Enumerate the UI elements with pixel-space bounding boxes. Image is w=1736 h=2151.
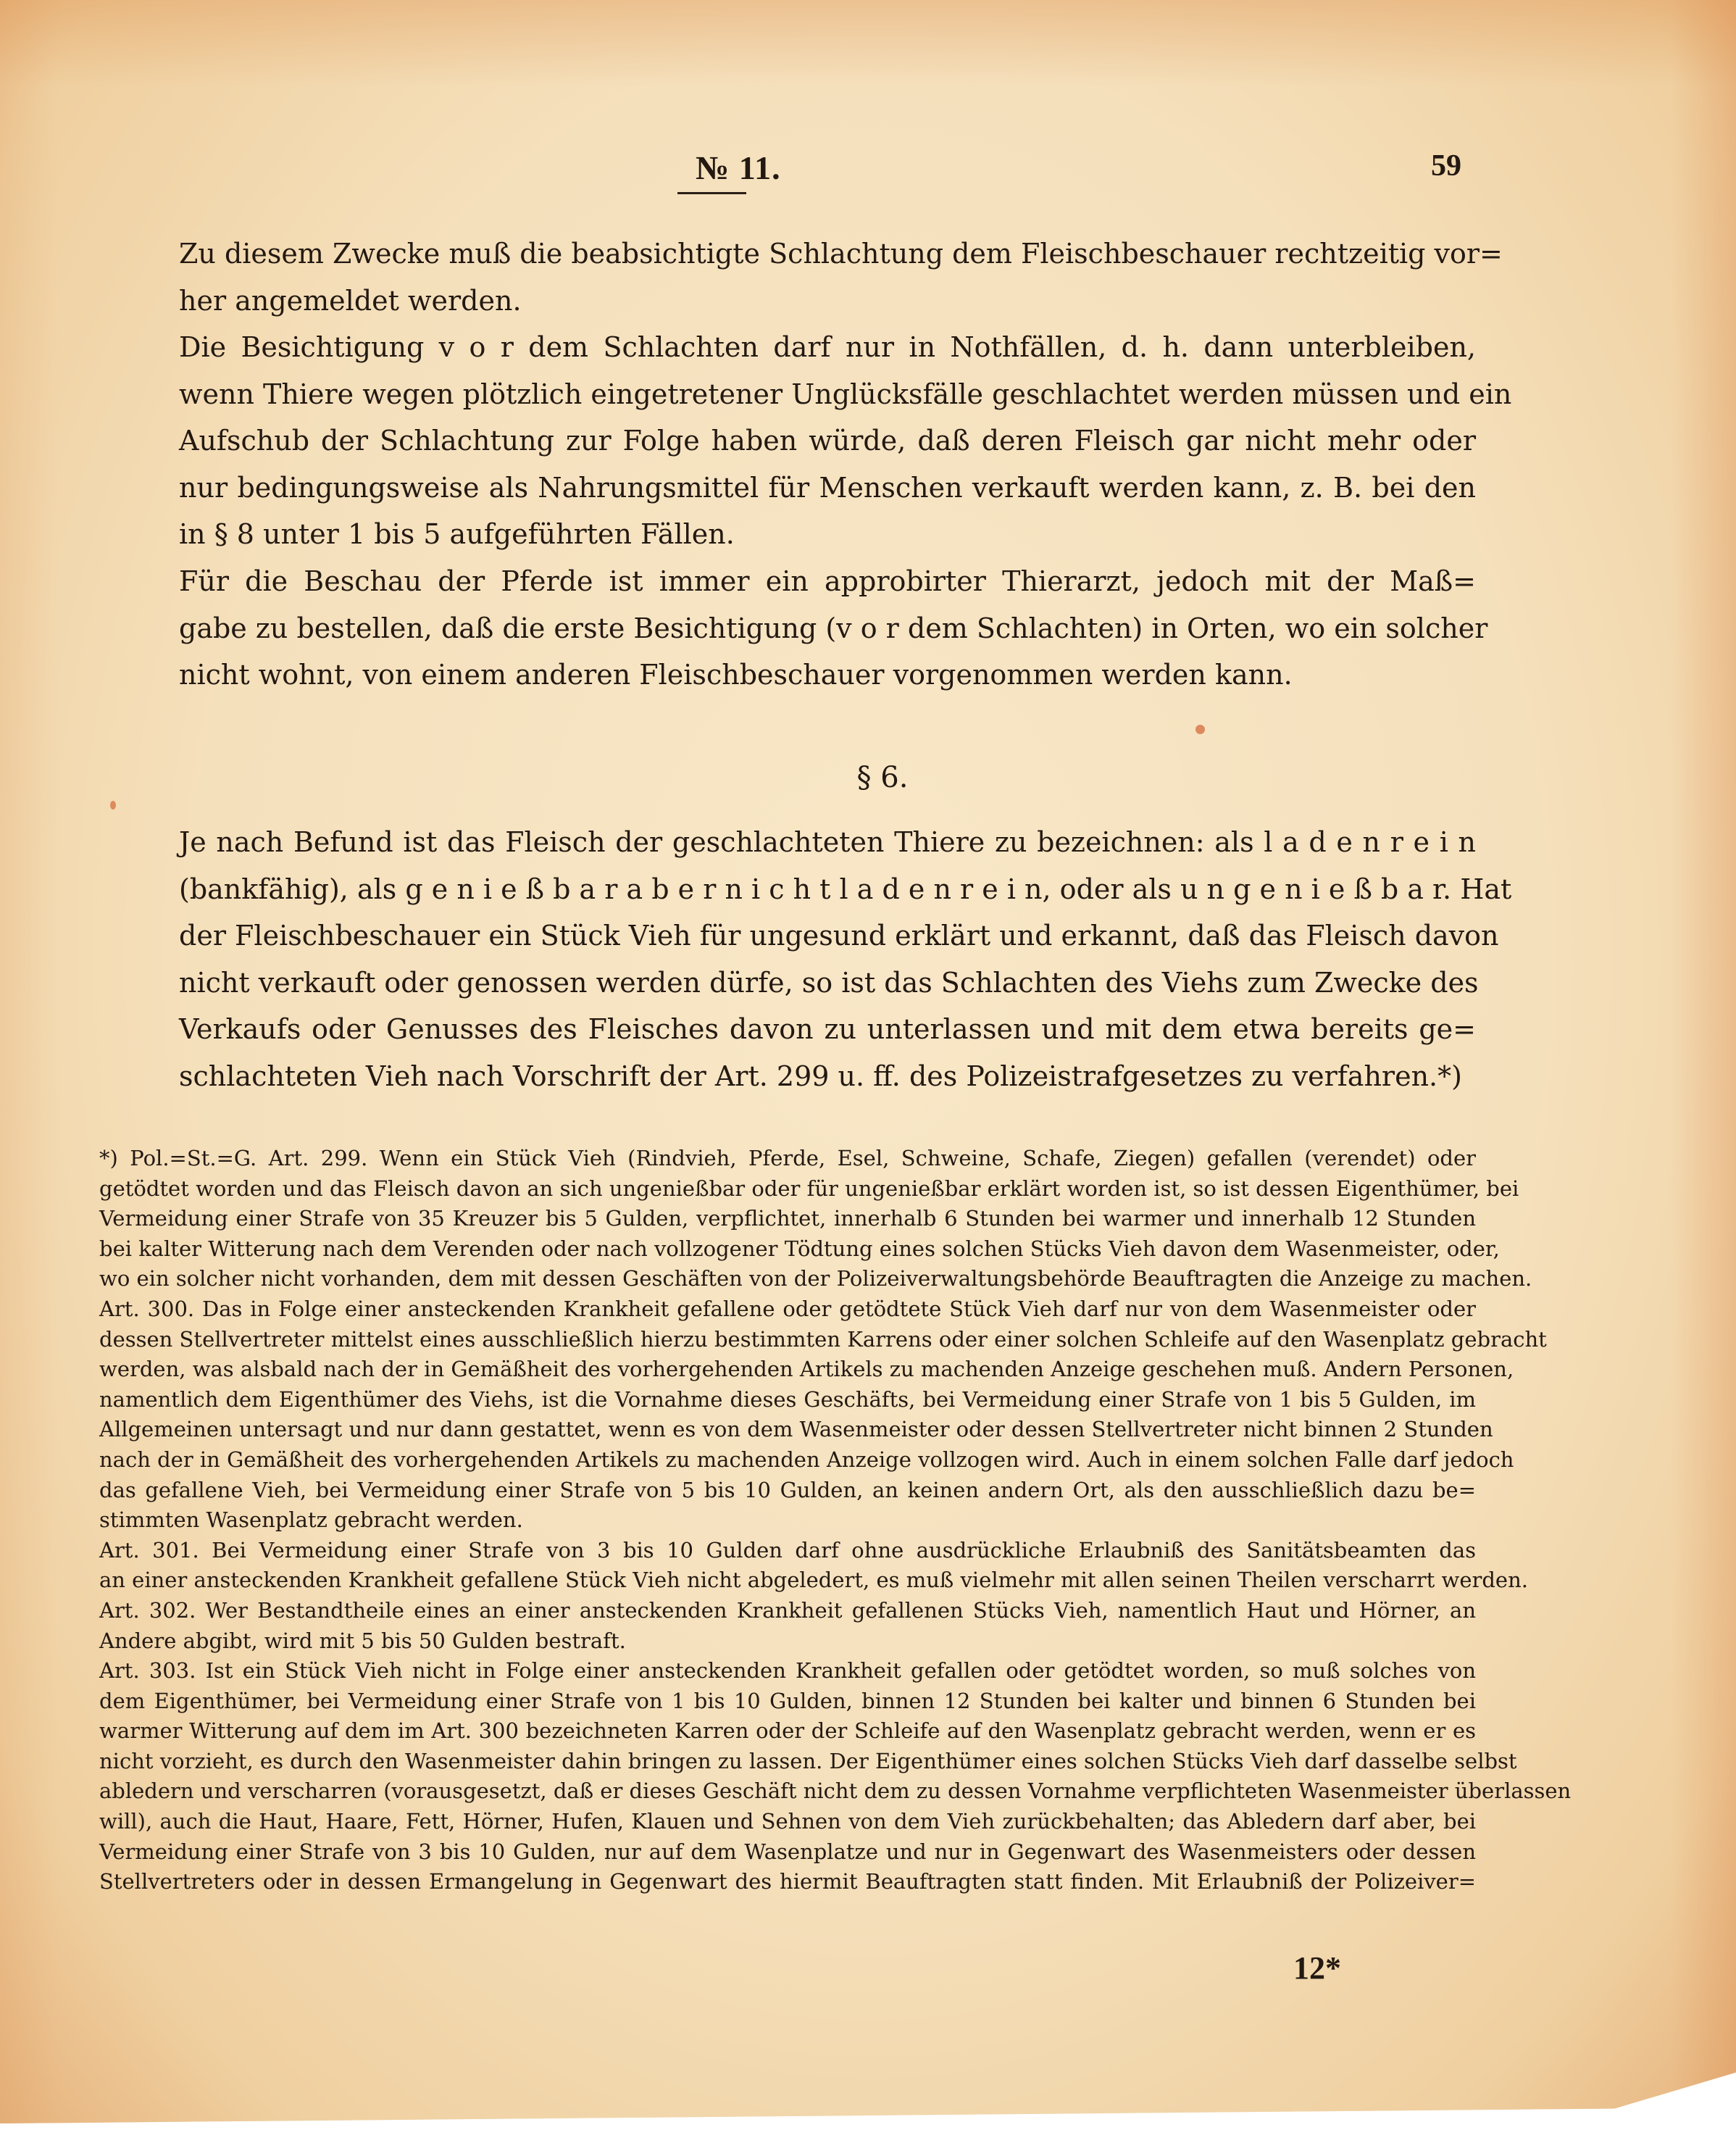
issue-number: № 11.: [696, 149, 781, 187]
footnote-line: dem Eigenthümer, bei Vermeidung einer St…: [99, 1686, 1476, 1717]
footnote-line: Vermeidung einer Strafe von 3 bis 10 Gul…: [99, 1837, 1476, 1868]
text-line: gabe zu bestellen, daß die erste Besicht…: [179, 605, 1476, 652]
footnote-line: dessen Stellvertreter mittelst eines aus…: [99, 1325, 1476, 1355]
footnote-line: Andere abgibt, wird mit 5 bis 50 Gulden …: [99, 1626, 1476, 1657]
paper-speck: [110, 801, 116, 810]
text-line: Aufschub der Schlachtung zur Folge haben…: [179, 417, 1476, 465]
page-number: 59: [1431, 149, 1461, 183]
footnote-line: *) Pol.=St.=G. Art. 299. Wenn ein Stück …: [99, 1144, 1476, 1174]
footnote-line: Art. 300. Das in Folge einer ansteckende…: [99, 1294, 1476, 1325]
footnote-line: abledern und verscharren (vorausgesetzt,…: [99, 1776, 1476, 1807]
footnote-art-303: Art. 303. Ist ein Stück Vieh nicht in Fo…: [99, 1656, 1476, 1897]
footnote-line: wo ein solcher nicht vorhanden, dem mit …: [99, 1264, 1476, 1294]
scanned-page: № 11. 59 Zu diesem Zwecke muß die beabsi…: [0, 0, 1736, 2123]
text-line: Zu diesem Zwecke muß die beabsichtigte S…: [179, 230, 1476, 278]
text-line: Die Besichtigung v o r dem Schlachten da…: [179, 324, 1476, 371]
issue-underline: [677, 192, 746, 194]
paragraph-announcement: Zu diesem Zwecke muß die beabsichtigte S…: [179, 230, 1476, 324]
text-line: Je nach Befund ist das Fleisch der gesch…: [179, 819, 1476, 866]
text-line: Für die Beschau der Pferde ist immer ein…: [179, 558, 1476, 605]
paragraph-horse-inspection: Für die Beschau der Pferde ist immer ein…: [179, 558, 1476, 699]
footnote-art-299: *) Pol.=St.=G. Art. 299. Wenn ein Stück …: [99, 1144, 1476, 1294]
paper-speck: [1195, 725, 1205, 734]
footnotes: *) Pol.=St.=G. Art. 299. Wenn ein Stück …: [99, 1144, 1476, 1897]
footnote-line: Art. 303. Ist ein Stück Vieh nicht in Fo…: [99, 1656, 1476, 1686]
page-header: № 11. 59: [0, 149, 1736, 192]
text-line: in § 8 unter 1 bis 5 aufgeführten Fällen…: [179, 511, 1476, 558]
footnote-line: an einer ansteckenden Krankheit gefallen…: [99, 1565, 1476, 1596]
text-line: Verkaufs oder Genusses des Fleisches dav…: [179, 1006, 1476, 1053]
text-line: nicht wohnt, von einem anderen Fleischbe…: [179, 652, 1476, 699]
signature-mark: 12*: [1293, 1950, 1341, 1986]
footnote-line: werden, was alsbald nach der in Gemäßhei…: [99, 1355, 1476, 1385]
footnote-line: Allgemeinen untersagt und nur dann gesta…: [99, 1415, 1476, 1445]
footnote-line: stimmten Wasenplatz gebracht werden.: [99, 1505, 1476, 1536]
footnote-line: will), auch die Haut, Haare, Fett, Hörne…: [99, 1807, 1476, 1837]
section-6-paragraph: Je nach Befund ist das Fleisch der gesch…: [179, 819, 1476, 1099]
text-line: schlachteten Vieh nach Vorschrift der Ar…: [179, 1053, 1476, 1100]
text-line: nicht verkauft oder genossen werden dürf…: [179, 960, 1476, 1007]
text-line: wenn Thiere wegen plötzlich eingetretene…: [179, 371, 1476, 418]
footnote-line: nach der in Gemäßheit des vorhergehenden…: [99, 1445, 1476, 1476]
footnote-line: warmer Witterung auf dem im Art. 300 bez…: [99, 1716, 1476, 1747]
footnote-line: Art. 301. Bei Vermeidung einer Strafe vo…: [99, 1536, 1476, 1566]
text-line: her angemeldet werden.: [179, 278, 1476, 325]
section-heading: § 6.: [0, 761, 1736, 794]
footnote-art-300: Art. 300. Das in Folge einer ansteckende…: [99, 1294, 1476, 1536]
footnote-art-302: Art. 302. Wer Bestandtheile eines an ein…: [99, 1596, 1476, 1656]
footnote-line: nicht vorzieht, es durch den Wasenmeiste…: [99, 1747, 1476, 1777]
footnote-line: das gefallene Vieh, bei Vermeidung einer…: [99, 1476, 1476, 1506]
footnote-line: bei kalter Witterung nach dem Verenden o…: [99, 1234, 1476, 1265]
footnote-line: namentlich dem Eigenthümer des Viehs, is…: [99, 1385, 1476, 1415]
paragraph-inspection-exception: Die Besichtigung v o r dem Schlachten da…: [179, 324, 1476, 558]
text-line: (bankfähig), als g e n i e ß b a r a b e…: [179, 866, 1476, 913]
footnote-line: Vermeidung einer Strafe von 35 Kreuzer b…: [99, 1204, 1476, 1234]
footnote-line: Stellvertreters oder in dessen Ermangelu…: [99, 1867, 1476, 1897]
footnote-line: Art. 302. Wer Bestandtheile eines an ein…: [99, 1596, 1476, 1626]
text-line: nur bedingungsweise als Nahrungsmittel f…: [179, 465, 1476, 512]
text-line: der Fleischbeschauer ein Stück Vieh für …: [179, 912, 1476, 960]
footnote-art-301: Art. 301. Bei Vermeidung einer Strafe vo…: [99, 1536, 1476, 1596]
footnote-line: getödtet worden und das Fleisch davon an…: [99, 1174, 1476, 1205]
